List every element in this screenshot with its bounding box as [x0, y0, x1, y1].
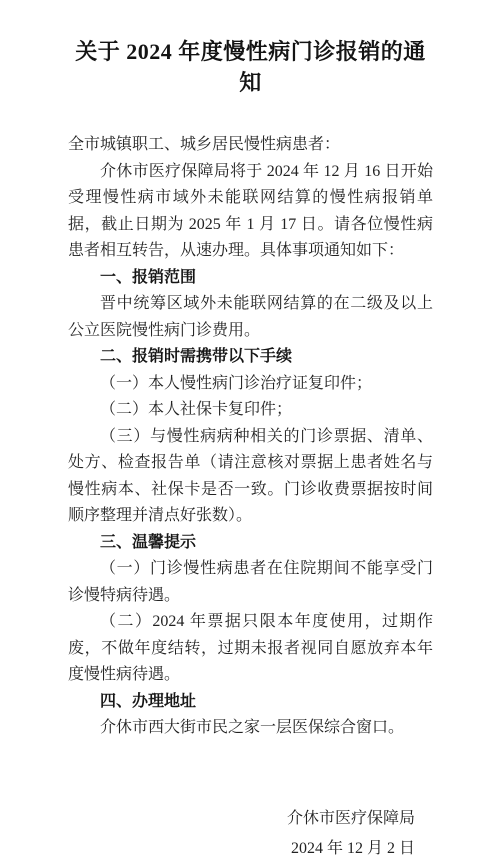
section-4-heading: 四、办理地址 [68, 689, 433, 716]
signature-org: 介休市医疗保障局 [68, 804, 415, 834]
section-2-heading: 二、报销时需携带以下手续 [68, 344, 433, 371]
section-2-paragraph-1: （一）本人慢性病门诊治疗证复印件； [68, 371, 433, 398]
section-3-paragraph-2: （二）2024 年票据只限本年度使用，过期作废，不做年度结转，过期未报者视同自愿… [68, 609, 433, 689]
section-1-paragraph-1: 晋中统筹区域外未能联网结算的在二级及以上公立医院慢性病门诊费用。 [68, 291, 433, 344]
section-4-paragraph-1: 介休市西大街市民之家一层医保综合窗口。 [68, 715, 433, 742]
section-1-heading: 一、报销范围 [68, 265, 433, 292]
section-2-paragraph-3: （三）与慢性病病种相关的门诊票据、清单、处方、检查报告单（请注意核对票据上患者姓… [68, 424, 433, 530]
signature-date: 2024 年 12 月 2 日 [68, 834, 415, 857]
salutation: 全市城镇职工、城乡居民慢性病患者： [68, 132, 433, 159]
notice-document-page: 关于 2024 年度慢性病门诊报销的通知 全市城镇职工、城乡居民慢性病患者： 介… [0, 0, 500, 857]
page-title: 关于 2024 年度慢性病门诊报销的通知 [68, 36, 433, 98]
section-3-heading: 三、温馨提示 [68, 530, 433, 557]
intro-paragraph: 介休市医疗保障局将于 2024 年 12 月 16 日开始受理慢性病市域外未能联… [68, 159, 433, 265]
signature-block: 介休市医疗保障局 2024 年 12 月 2 日 [68, 804, 433, 857]
section-2-paragraph-2: （二）本人社保卡复印件； [68, 397, 433, 424]
section-3-paragraph-1: （一）门诊慢性病患者在住院期间不能享受门诊慢特病待遇。 [68, 556, 433, 609]
